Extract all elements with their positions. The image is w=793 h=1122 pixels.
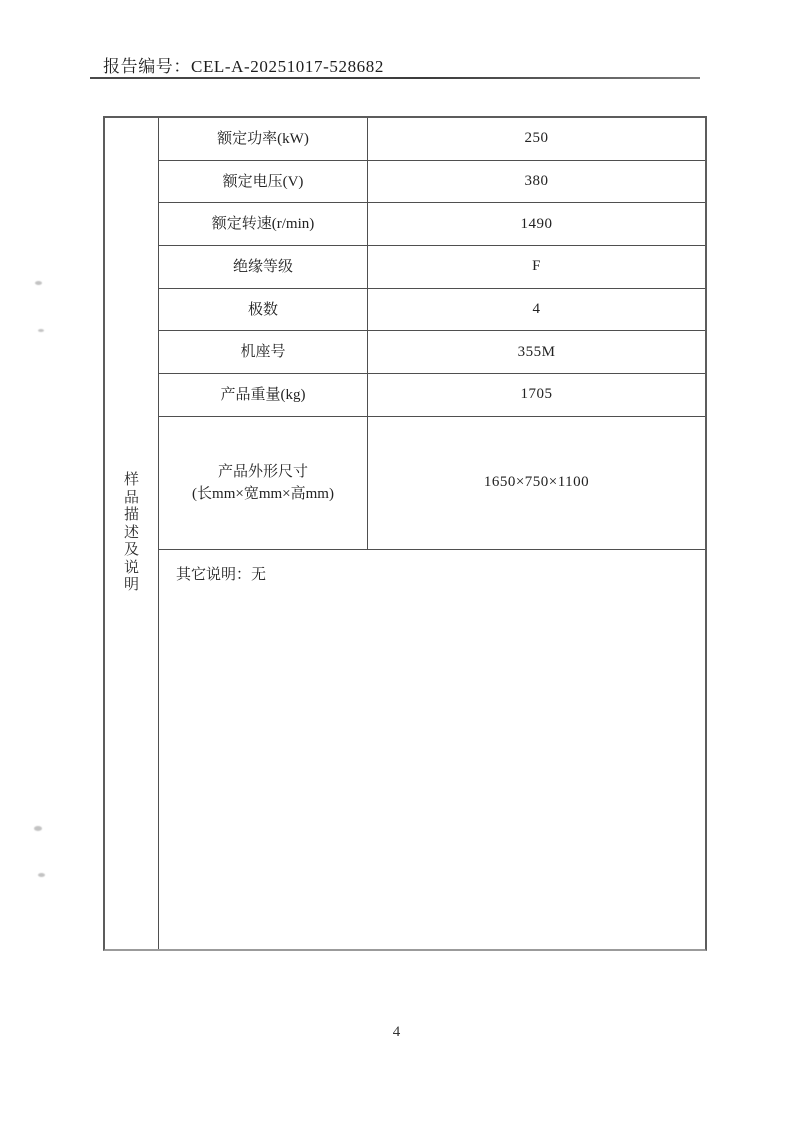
scan-speck: [35, 281, 42, 285]
row-value: F: [368, 246, 705, 288]
page-number: 4: [0, 1024, 793, 1041]
side-label-cell: 样品描述及说明: [105, 118, 159, 949]
row-label: 产品外形尺寸 (长mm×宽mm×高mm): [159, 417, 368, 549]
row-label: 极数: [159, 289, 368, 331]
header-divider: [90, 77, 700, 79]
dimension-label-line2: (长mm×宽mm×高mm): [192, 483, 334, 505]
table-row-other-notes: 其它说明：无: [159, 550, 705, 949]
row-value: 380: [368, 161, 705, 203]
table-row-dimensions: 产品外形尺寸 (长mm×宽mm×高mm) 1650×750×1100: [159, 417, 705, 550]
table-row: 额定电压(V) 380: [159, 161, 705, 204]
scan-speck: [38, 329, 44, 332]
dimension-label-line1: 产品外形尺寸: [218, 461, 308, 483]
row-value: 1650×750×1100: [368, 417, 705, 549]
table-row: 极数 4: [159, 289, 705, 332]
row-label: 额定功率(kW): [159, 118, 368, 160]
scan-speck: [38, 873, 45, 877]
row-value: 250: [368, 118, 705, 160]
row-label: 绝缘等级: [159, 246, 368, 288]
row-value: 1705: [368, 374, 705, 416]
other-notes-text: 其它说明：无: [159, 550, 705, 949]
row-label: 额定转速(r/min): [159, 203, 368, 245]
table-row: 产品重量(kg) 1705: [159, 374, 705, 417]
row-label: 产品重量(kg): [159, 374, 368, 416]
row-value: 1490: [368, 203, 705, 245]
table-row: 额定转速(r/min) 1490: [159, 203, 705, 246]
sample-description-table: 样品描述及说明 额定功率(kW) 250 额定电压(V) 380 额定转速(r/…: [103, 116, 707, 951]
row-label: 机座号: [159, 331, 368, 373]
scan-speck: [34, 826, 42, 831]
row-value: 4: [368, 289, 705, 331]
table-row: 额定功率(kW) 250: [159, 118, 705, 161]
side-label: 样品描述及说明: [123, 472, 140, 595]
report-number: 报告编号：CEL-A-20251017-528682: [103, 52, 384, 77]
table-row: 绝缘等级 F: [159, 246, 705, 289]
row-label: 额定电压(V): [159, 161, 368, 203]
table-row: 机座号 355M: [159, 331, 705, 374]
table-content: 额定功率(kW) 250 额定电压(V) 380 额定转速(r/min) 149…: [159, 118, 705, 949]
row-value: 355M: [368, 331, 705, 373]
